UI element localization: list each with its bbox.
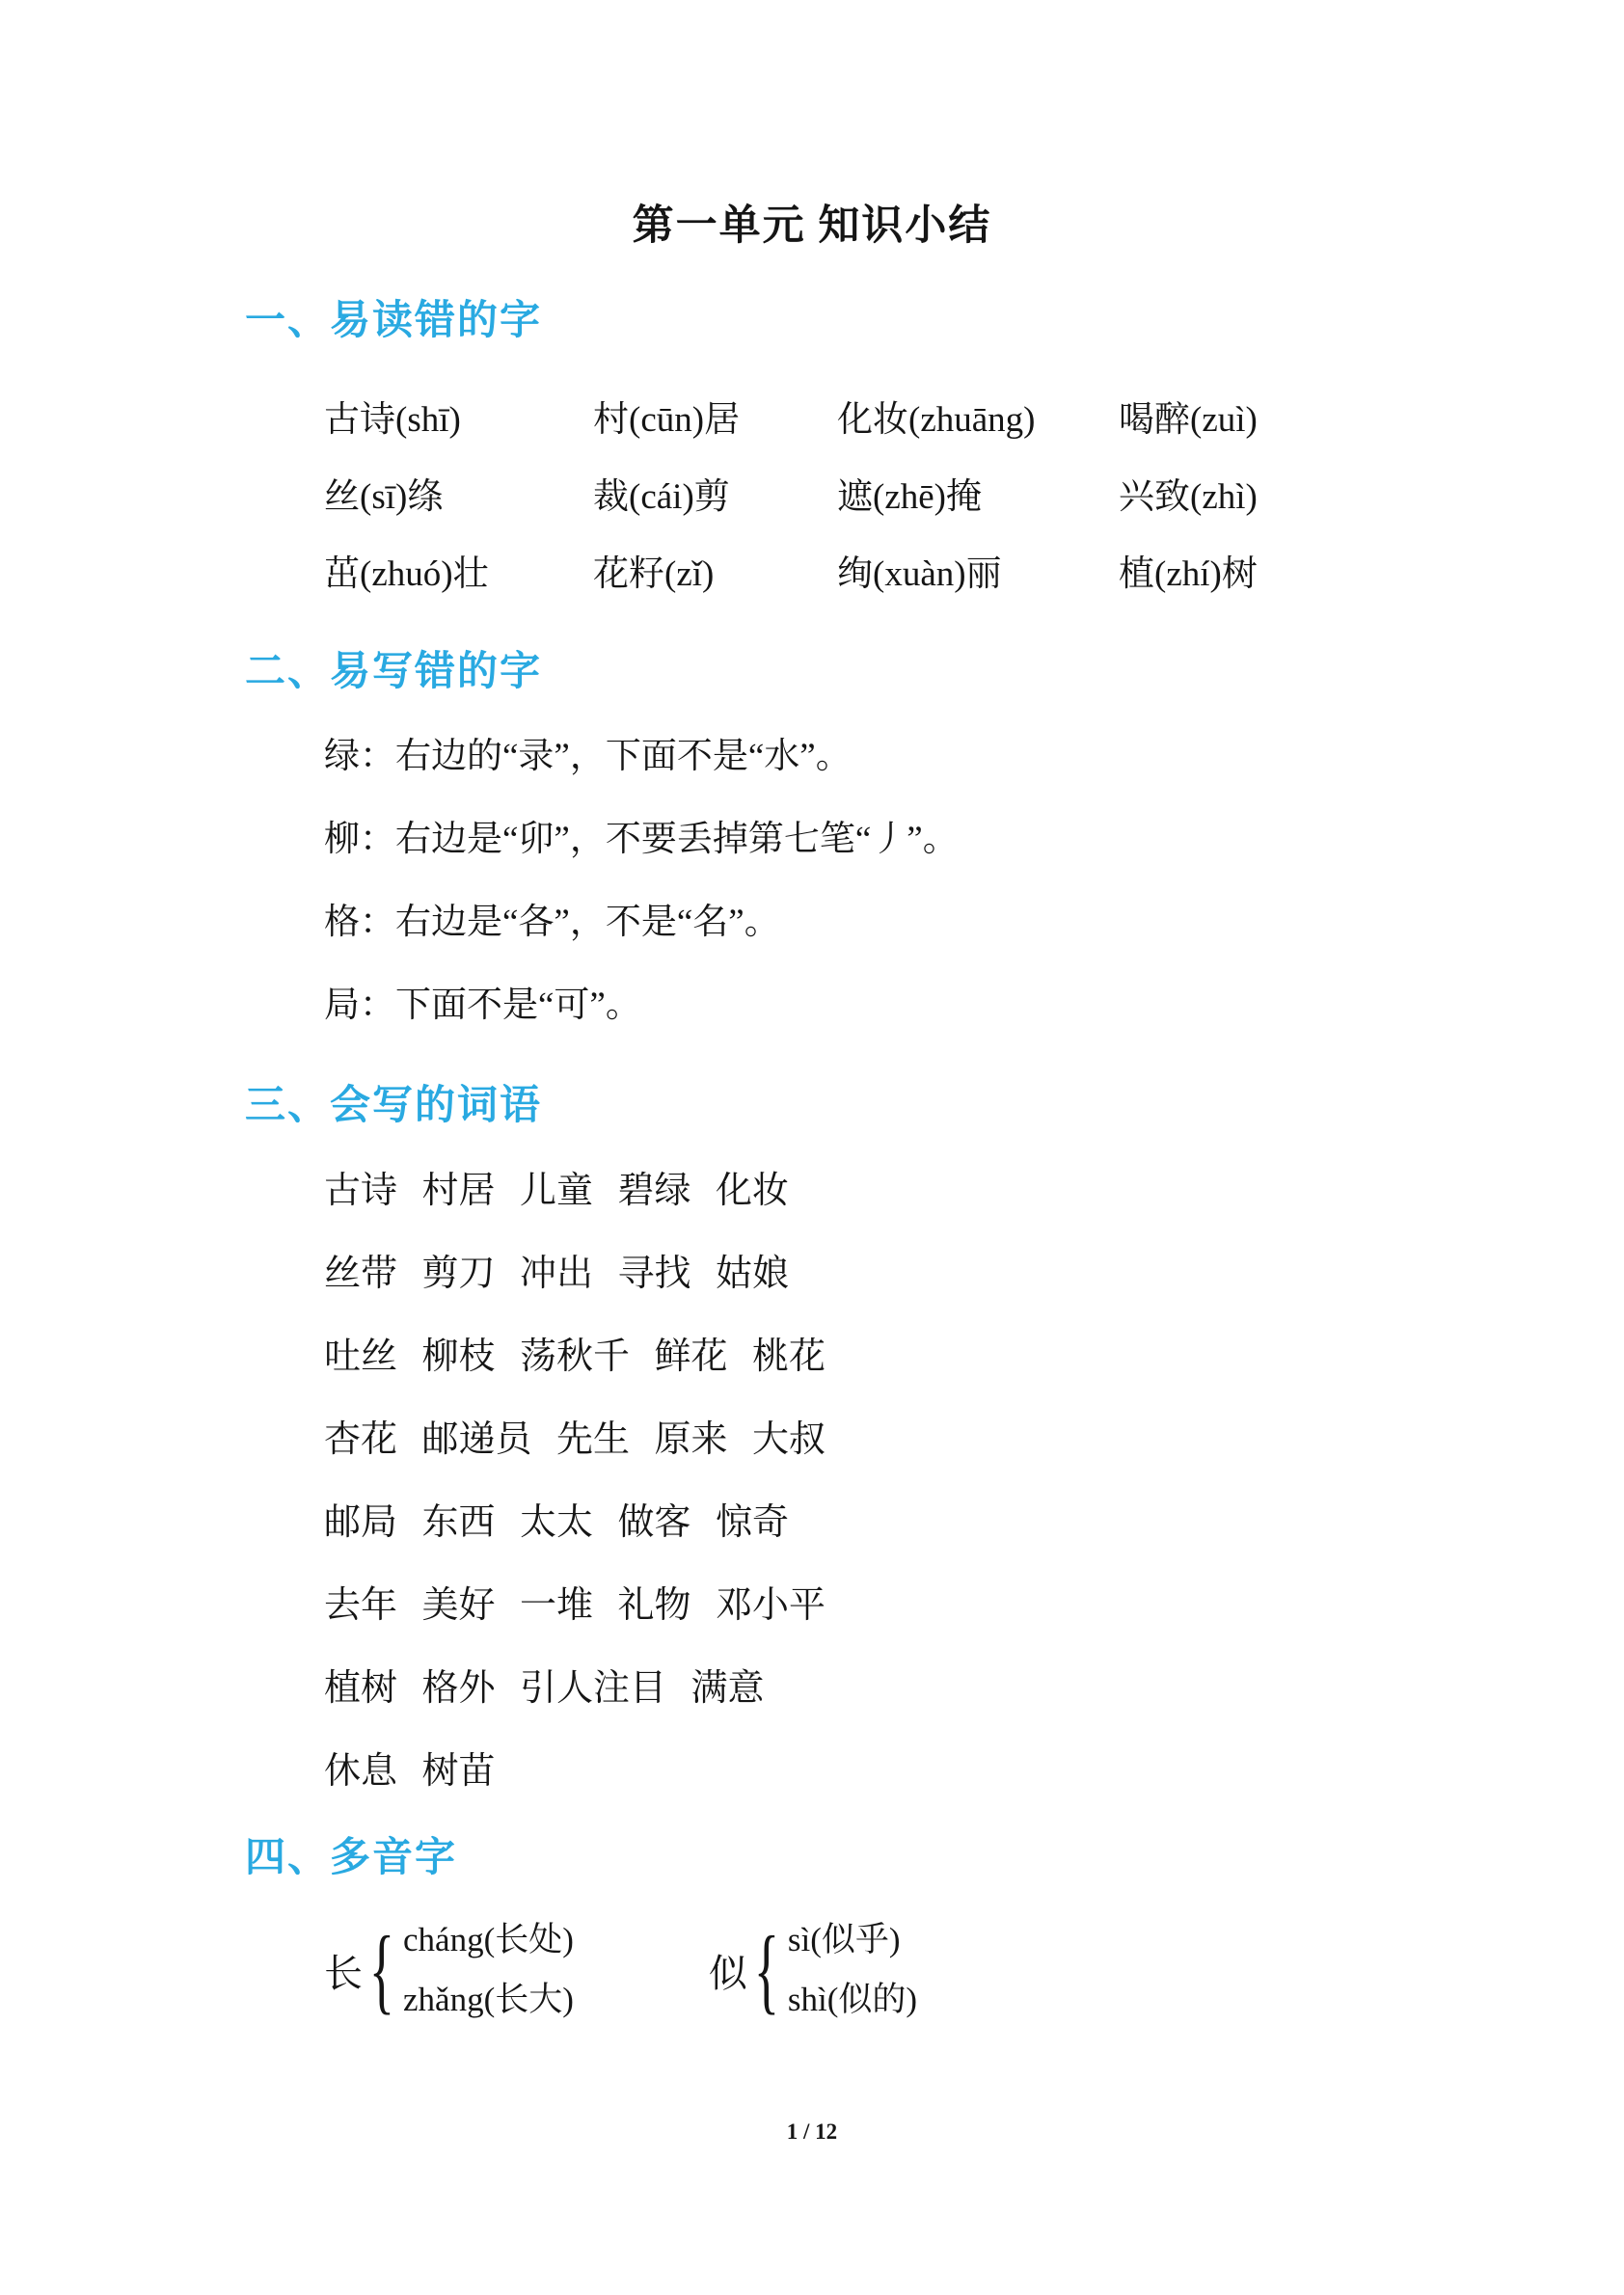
word-line: 丝带 剪刀 冲出 寻找 姑娘	[324, 1232, 1624, 1315]
polyphone-group: 长 { cháng(长处) zhǎng(长大)	[324, 1909, 574, 2031]
note-line: 局：下面不是“可”。	[324, 964, 1624, 1047]
reading-line: sì(似乎)	[788, 1910, 917, 1970]
word-cell: 遮(zhē)掩	[837, 459, 1119, 536]
polyphone-char: 长	[324, 1943, 363, 1998]
word-cell: 裁(cái)剪	[593, 459, 837, 536]
word-cell: 村(cūn)居	[593, 382, 837, 459]
table-row: 丝(sī)绦 裁(cái)剪 遮(zhē)掩 兴致(zhì)	[324, 459, 1624, 536]
section-heading-polyphones: 四、多音字	[245, 1830, 1624, 1884]
reading-line: cháng(长处)	[403, 1910, 574, 1970]
page-number: 1 / 12	[0, 2118, 1624, 2146]
word-line: 杏花 邮递员 先生 原来 大叔	[324, 1398, 1624, 1481]
note-line: 格：右边是“各”，不是“名”。	[324, 881, 1624, 964]
section-heading-miswritten: 二、易写错的字	[245, 644, 1624, 698]
misread-words-table: 古诗(shī) 村(cūn)居 化妆(zhuāng) 喝醉(zuì) 丝(sī)…	[324, 382, 1624, 613]
word-list: 古诗 村居 儿童 碧绿 化妆 丝带 剪刀 冲出 寻找 姑娘 吐丝 柳枝 荡秋千 …	[324, 1149, 1624, 1813]
word-cell: 绚(xuàn)丽	[837, 536, 1119, 613]
polyphone-readings: sì(似乎) shì(似的)	[788, 1910, 917, 2030]
polyphone-readings: cháng(长处) zhǎng(长大)	[403, 1910, 574, 2030]
section-heading-misread: 一、易读错的字	[245, 293, 1624, 347]
polyphone-group: 似 { sì(似乎) shì(似的)	[709, 1909, 917, 2031]
word-cell: 茁(zhuó)壮	[324, 536, 593, 613]
word-cell: 化妆(zhuāng)	[837, 382, 1119, 459]
table-row: 古诗(shī) 村(cūn)居 化妆(zhuāng) 喝醉(zuì)	[324, 382, 1624, 459]
polyphone-char: 似	[709, 1943, 747, 1998]
word-line: 植树 格外 引人注目 满意	[324, 1647, 1624, 1730]
word-line: 休息 树苗	[324, 1730, 1624, 1813]
word-line: 古诗 村居 儿童 碧绿 化妆	[324, 1149, 1624, 1232]
reading-line: zhǎng(长大)	[403, 1970, 574, 2030]
word-cell: 喝醉(zuì)	[1119, 382, 1624, 459]
miswritten-notes: 绿：右边的“录”，下面不是“水”。 柳：右边是“卯”，不要丢掉第七笔“丿”。 格…	[324, 715, 1624, 1047]
word-cell: 花籽(zǐ)	[593, 536, 837, 613]
polyphone-area: 长 { cháng(长处) zhǎng(长大) 似 { sì(似乎) shì(似…	[324, 1909, 1624, 2031]
document-page: 第一单元 知识小结 一、易读错的字 古诗(shī) 村(cūn)居 化妆(zhu…	[0, 202, 1624, 2031]
page-title: 第一单元 知识小结	[0, 202, 1624, 251]
section-heading-words: 三、会写的词语	[245, 1078, 1624, 1132]
word-line: 邮局 东西 太太 做客 惊奇	[324, 1481, 1624, 1564]
word-line: 去年 美好 一堆 礼物 邓小平	[324, 1564, 1624, 1647]
table-row: 茁(zhuó)壮 花籽(zǐ) 绚(xuàn)丽 植(zhí)树	[324, 536, 1624, 613]
word-cell: 古诗(shī)	[324, 382, 593, 459]
brace-icon: {	[369, 1909, 394, 2031]
word-line: 吐丝 柳枝 荡秋千 鲜花 桃花	[324, 1315, 1624, 1398]
note-line: 柳：右边是“卯”，不要丢掉第七笔“丿”。	[324, 798, 1624, 881]
reading-line: shì(似的)	[788, 1970, 917, 2030]
note-line: 绿：右边的“录”，下面不是“水”。	[324, 715, 1624, 798]
word-cell: 兴致(zhì)	[1119, 459, 1624, 536]
word-cell: 植(zhí)树	[1119, 536, 1624, 613]
word-cell: 丝(sī)绦	[324, 459, 593, 536]
brace-icon: {	[754, 1909, 779, 2031]
